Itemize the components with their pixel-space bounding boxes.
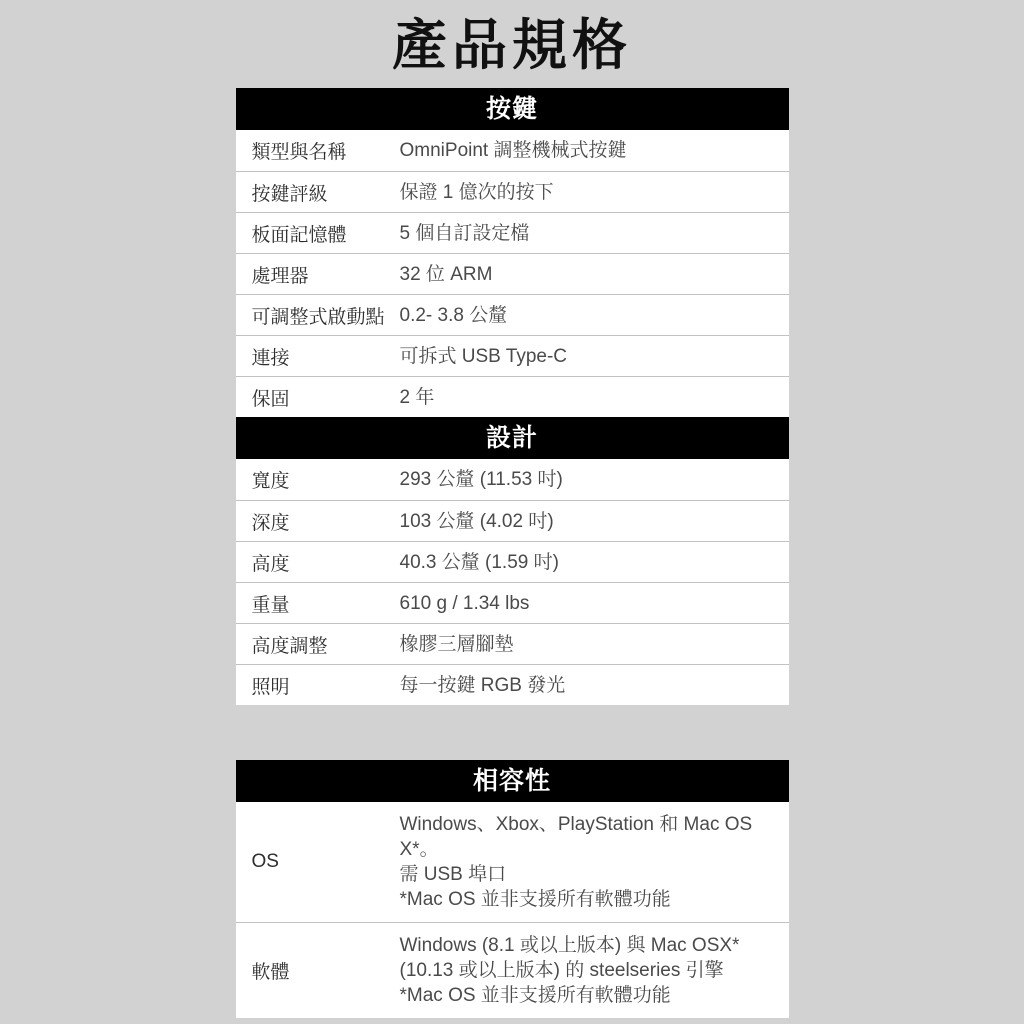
spec-value: 2 年 — [400, 385, 443, 410]
table-row: 保固2 年 — [236, 376, 789, 417]
table-row: 深度103 公釐 (4.02 吋) — [236, 500, 789, 541]
spec-value: 103 公釐 (4.02 吋) — [400, 509, 562, 534]
spec-label: 處理器 — [236, 261, 400, 288]
spec-label: 軟體 — [236, 957, 400, 984]
section-header: 按鍵 — [236, 88, 789, 130]
spec-label: 高度 — [236, 549, 400, 576]
section-rows: 寬度293 公釐 (11.53 吋)深度103 公釐 (4.02 吋)高度40.… — [236, 459, 789, 705]
spec-label: 類型與名稱 — [236, 137, 400, 164]
spec-value-line: 103 公釐 (4.02 吋) — [400, 509, 554, 534]
spec-value: 可拆式 USB Type-C — [400, 344, 576, 369]
spec-value-line: Windows、Xbox、PlayStation 和 Mac OS X*。 — [400, 812, 781, 862]
spec-value-line: *Mac OS 並非支援所有軟體功能 — [400, 983, 740, 1008]
spec-value-line: 32 位 ARM — [400, 262, 493, 287]
spec-card: 按鍵類型與名稱OmniPoint 調整機械式按鍵按鍵評級保證 1 億次的按下板面… — [236, 88, 789, 705]
spec-value-line: 293 公釐 (11.53 吋) — [400, 467, 563, 492]
spec-value: 保證 1 億次的按下 — [400, 180, 562, 205]
spec-value-line: 橡膠三層腳墊 — [400, 632, 514, 657]
spec-value-line: 可拆式 USB Type-C — [400, 344, 568, 369]
table-row: 軟體Windows (8.1 或以上版本) 與 Mac OSX*(10.13 或… — [236, 922, 789, 1018]
spec-value-line: 40.3 公釐 (1.59 吋) — [400, 550, 559, 575]
table-row: OSWindows、Xbox、PlayStation 和 Mac OS X*。需… — [236, 802, 789, 922]
spec-value: 橡膠三層腳墊 — [400, 632, 522, 657]
spec-label: 連接 — [236, 343, 400, 370]
spec-value: Windows、Xbox、PlayStation 和 Mac OS X*。需 U… — [400, 812, 789, 912]
section-rows: OSWindows、Xbox、PlayStation 和 Mac OS X*。需… — [236, 802, 789, 1018]
spec-value-line: 2 年 — [400, 385, 435, 410]
spec-value-line: 5 個自訂設定檔 — [400, 221, 530, 246]
spec-value: 每一按鍵 RGB 發光 — [400, 673, 574, 698]
spec-value: 0.2- 3.8 公釐 — [400, 303, 516, 328]
table-row: 照明每一按鍵 RGB 發光 — [236, 664, 789, 705]
spec-value-line: 保證 1 億次的按下 — [400, 180, 554, 205]
spec-value-line: 需 USB 埠口 — [400, 862, 781, 887]
spec-value: Windows (8.1 或以上版本) 與 Mac OSX*(10.13 或以上… — [400, 933, 748, 1008]
table-row: 可調整式啟動點0.2- 3.8 公釐 — [236, 294, 789, 335]
spec-label: OS — [236, 851, 400, 873]
table-row: 連接可拆式 USB Type-C — [236, 335, 789, 376]
spec-value-line: 610 g / 1.34 lbs — [400, 591, 530, 616]
spec-value-line: 0.2- 3.8 公釐 — [400, 303, 508, 328]
section-header: 設計 — [236, 417, 789, 459]
table-row: 板面記憶體5 個自訂設定檔 — [236, 212, 789, 253]
spec-label: 板面記憶體 — [236, 220, 400, 247]
table-row: 高度40.3 公釐 (1.59 吋) — [236, 541, 789, 582]
spec-label: 深度 — [236, 508, 400, 535]
spec-value: 5 個自訂設定檔 — [400, 221, 538, 246]
spec-label: 寬度 — [236, 466, 400, 493]
spec-value: 32 位 ARM — [400, 262, 501, 287]
spec-value-line: OmniPoint 調整機械式按鍵 — [400, 138, 627, 163]
table-row: 高度調整橡膠三層腳墊 — [236, 623, 789, 664]
table-row: 寬度293 公釐 (11.53 吋) — [236, 459, 789, 500]
page-title: 產品規格 — [0, 0, 1024, 88]
spec-label: 高度調整 — [236, 631, 400, 658]
spec-cards: 按鍵類型與名稱OmniPoint 調整機械式按鍵按鍵評級保證 1 億次的按下板面… — [236, 88, 789, 1018]
spec-value: 610 g / 1.34 lbs — [400, 591, 538, 616]
table-row: 處理器32 位 ARM — [236, 253, 789, 294]
spec-value: OmniPoint 調整機械式按鍵 — [400, 138, 635, 163]
spec-value-line: 每一按鍵 RGB 發光 — [400, 673, 566, 698]
table-row: 按鍵評級保證 1 億次的按下 — [236, 171, 789, 212]
spec-label: 重量 — [236, 590, 400, 617]
spec-label: 照明 — [236, 672, 400, 699]
spec-label: 可調整式啟動點 — [236, 302, 400, 329]
table-row: 類型與名稱OmniPoint 調整機械式按鍵 — [236, 130, 789, 171]
spec-value-line: *Mac OS 並非支援所有軟體功能 — [400, 887, 781, 912]
spec-value: 40.3 公釐 (1.59 吋) — [400, 550, 567, 575]
table-row: 重量610 g / 1.34 lbs — [236, 582, 789, 623]
section-header: 相容性 — [236, 760, 789, 802]
spec-value-line: Windows (8.1 或以上版本) 與 Mac OSX* — [400, 933, 740, 958]
spec-label: 保固 — [236, 384, 400, 411]
spec-value: 293 公釐 (11.53 吋) — [400, 467, 571, 492]
spec-card: 相容性OSWindows、Xbox、PlayStation 和 Mac OS X… — [236, 760, 789, 1018]
spec-label: 按鍵評級 — [236, 179, 400, 206]
section-rows: 類型與名稱OmniPoint 調整機械式按鍵按鍵評級保證 1 億次的按下板面記憶… — [236, 130, 789, 417]
spec-value-line: (10.13 或以上版本) 的 steelseries 引擎 — [400, 958, 740, 983]
